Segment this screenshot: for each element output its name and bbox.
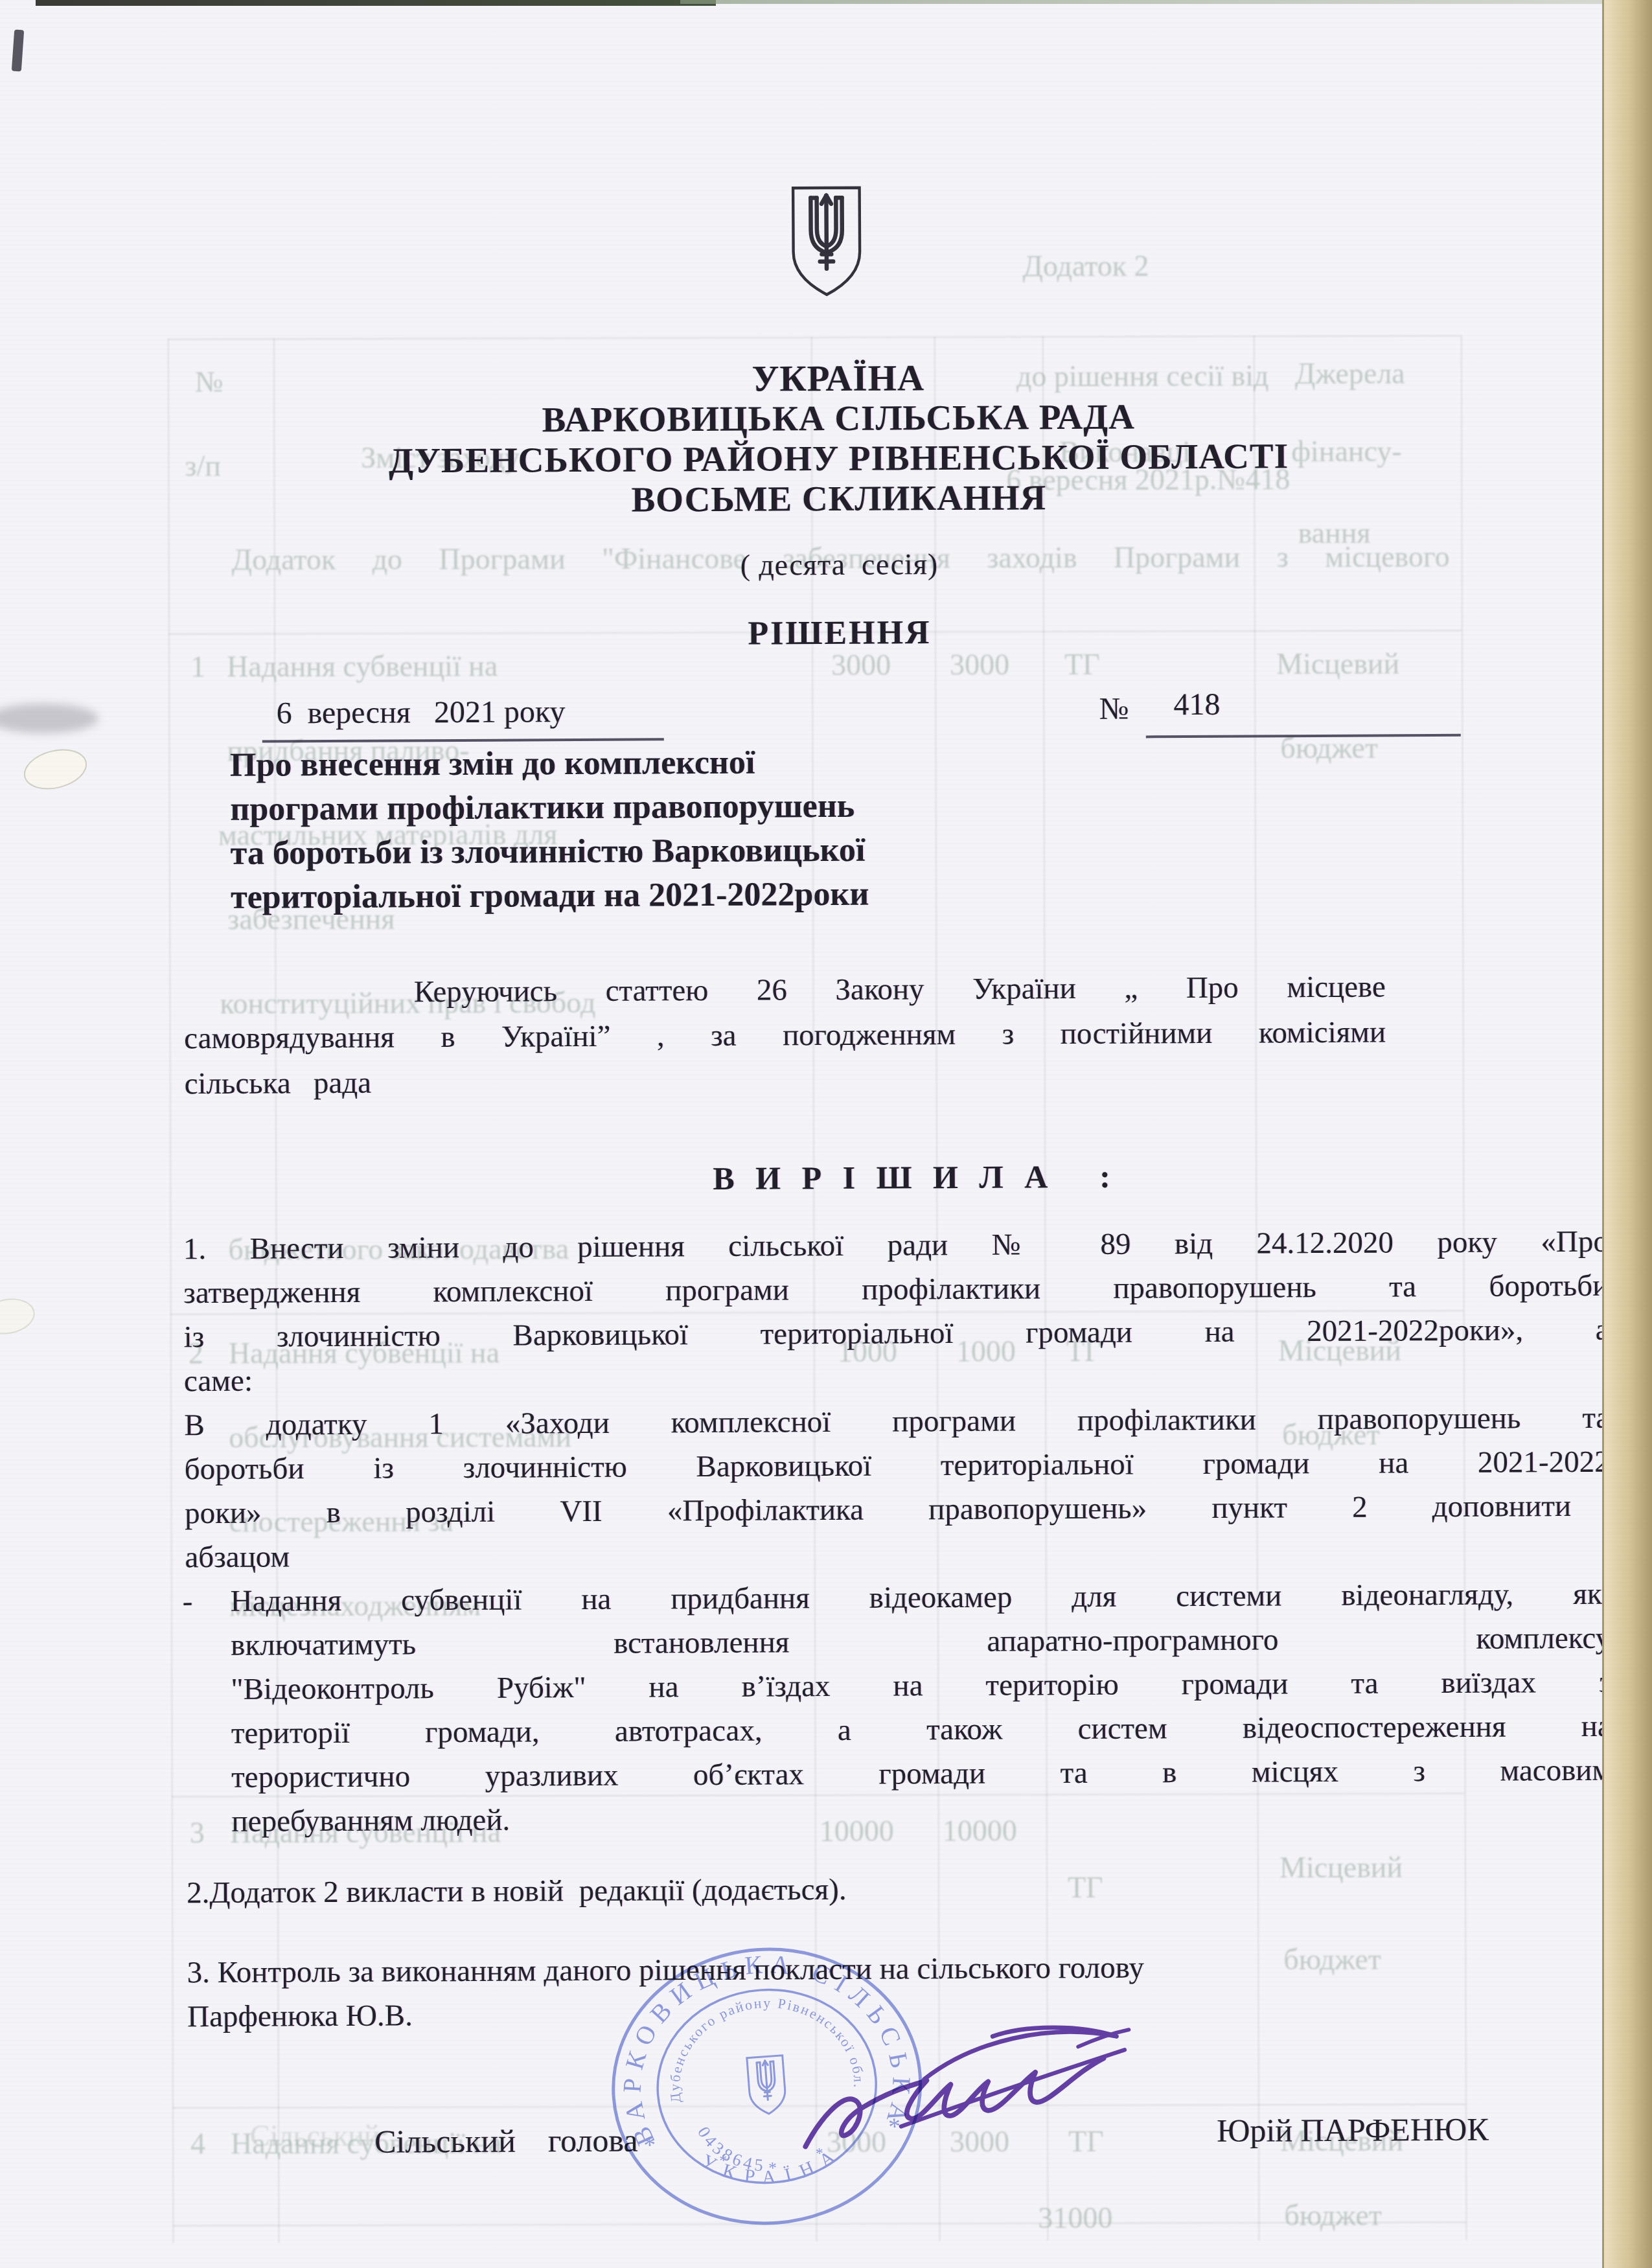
title-line: та боротьби із злочинністю Варковицької [231,830,866,875]
number-sign: № [1099,691,1129,728]
signoff-name: Юрій ПАРФЕНЮК [1217,2110,1489,2150]
resolved-word: В И Р І Ш И Л А: [713,1157,1117,1198]
stamp-star-icon: * [643,2131,657,2159]
resolved-colon: : [1099,1158,1117,1195]
resolved-word-text: В И Р І Ш И Л А [713,1158,1054,1197]
body-line: саме: [184,1363,253,1400]
body-line: В додатку 1 «Заходи комплексної програми… [184,1400,1609,1444]
session-line: ( десята сесія) [55,544,1623,586]
title-line: програми профілактики правопорушень [230,786,855,830]
stamp-star-icon: * [719,2152,728,2170]
coat-of-arms-ukraine-icon [786,175,866,309]
body-line: боротьби із злочинністю Варковицької тер… [185,1444,1610,1488]
bullet-line: "Відеоконтроль Рубіж" на в’їздах на тери… [231,1664,1611,1708]
body-line: 1. Внести зміни до рішення сільської рад… [183,1224,1609,1268]
title-line: Про внесення змін до комплексної [230,743,755,786]
document-type: РІШЕННЯ [56,610,1623,657]
preamble-line: Керуючись статтею 26 Закону України „ Пр… [414,968,1386,1010]
scanned-document-page: Додаток 2 до рішення сесії від 6 вересня… [0,0,1652,2268]
date-underline [262,738,664,742]
body-line: затвердження комплексної програми профіл… [183,1268,1609,1312]
decision-number: 418 [1173,686,1220,724]
letterhead-convocation: ВОСЬМЕ СКЛИКАННЯ [55,474,1623,523]
body-line: із злочинністю Варковицької територіальн… [183,1312,1609,1356]
bullet-line: включатимуть встановлення апаратно-прогр… [231,1620,1611,1664]
bullet-line: Надання субвенції на придбання відеокаме… [231,1576,1611,1620]
stamp-star-icon: * [768,2159,777,2178]
preamble-line: сільська рада [184,1065,371,1103]
document-content: УКРАЇНА ВАРКОВИЦЬКА СІЛЬСЬКА РАДА ДУБЕНС… [0,0,1652,2268]
scan-right-edge [1602,0,1652,2268]
preamble-line: самоврядування в Україні” , за погодженн… [184,1014,1386,1057]
scan-top-edge-light [680,0,1652,4]
title-line: територіальної громади на 2021-2022роки [231,875,869,919]
bullet-dash: - [183,1583,193,1620]
body-line: 2.Додаток 2 викласти в новій редакції (д… [187,1872,847,1912]
body-line: Парфенюка Ю.В. [187,1997,413,2035]
signoff-position: Сільський голова [374,2121,638,2161]
scan-top-edge [36,0,716,6]
body-line: роки» в розділі VII «Профілактика правоп… [185,1488,1571,1532]
decision-date: 6 вересня 2021 року [276,693,565,732]
handwritten-signature [775,1984,1152,2181]
bullet-line: перебуванням людей. [231,1802,510,1840]
bullet-line: терористично уразливих об’єктах громади … [231,1752,1611,1796]
number-underline [1146,734,1461,739]
bullet-line: території громади, автотрасах, а також с… [231,1708,1611,1752]
body-line: абзацом [185,1539,290,1575]
